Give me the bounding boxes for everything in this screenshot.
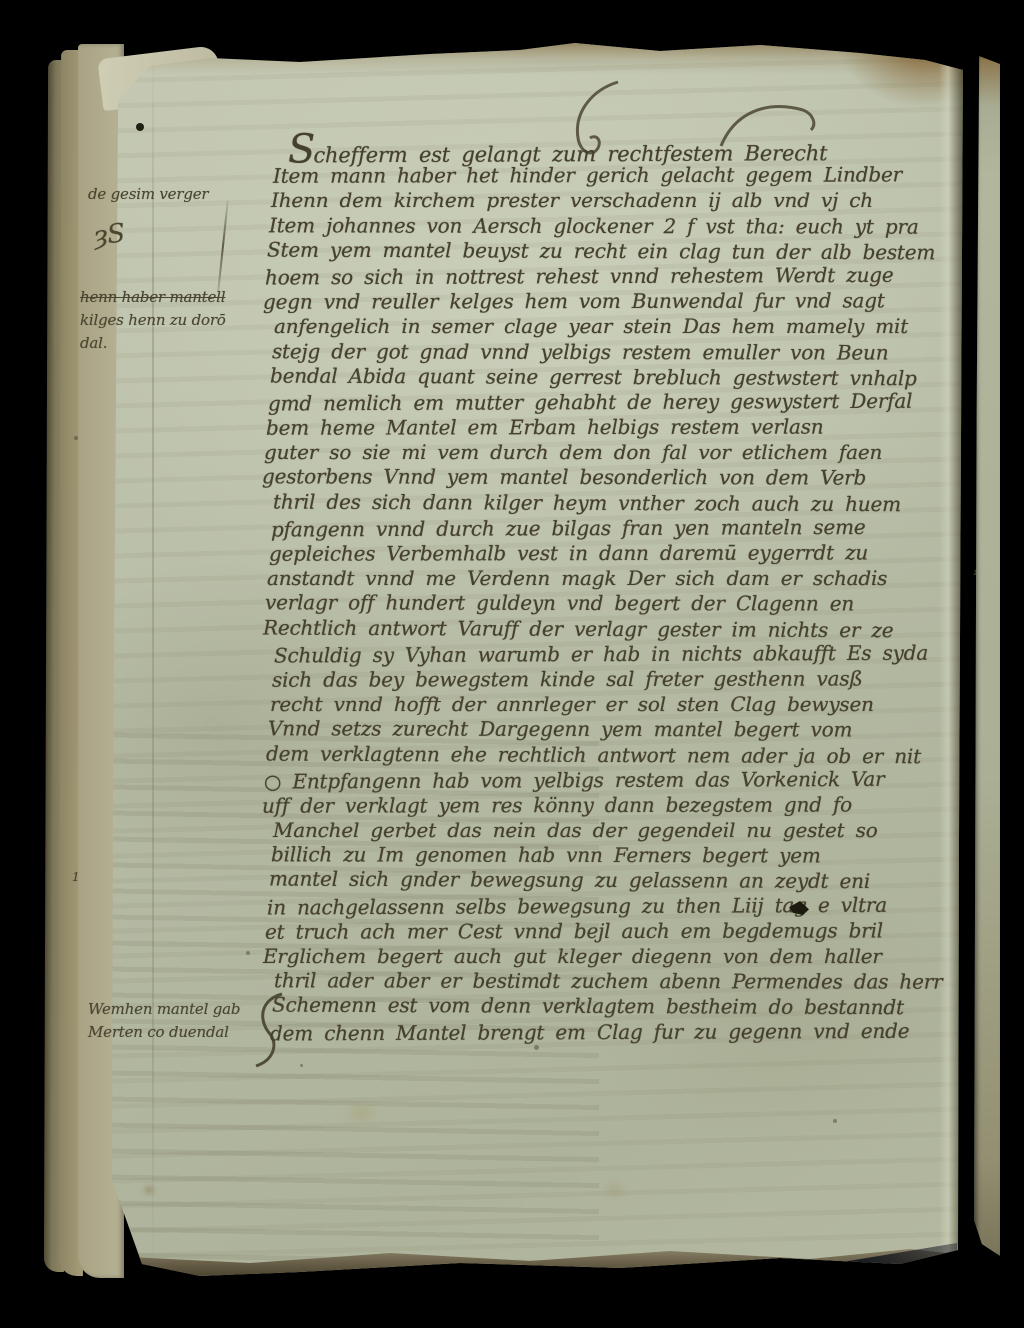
manuscript-line: Schemenn est vom denn verklagtem besthei…: [272, 993, 962, 1021]
manuscript-line: dem verklagtenn ehe rechtlich antwort ne…: [266, 741, 956, 769]
bottom-right-curl: [917, 1259, 965, 1279]
bottom-note-line: Merten co duendal: [88, 1021, 240, 1044]
margin-fold-line: [152, 40, 154, 1285]
manuscript-line: recht vnnd hofft der annrleger er sol st…: [270, 692, 960, 717]
bottom-note-line: Wemhen mantel gab: [88, 998, 240, 1021]
speck: [833, 1119, 837, 1123]
margin-paragraph-mark: ȝS: [93, 222, 126, 248]
manuscript-line: gestorbens Vnnd yem mantel besonderlich …: [262, 465, 952, 492]
struck-note-line: dal.: [80, 332, 226, 355]
manuscript-line: sich das bey bewegstem kinde sal freter …: [272, 666, 962, 693]
manuscript-line: in nachgelassenn selbs bewegsung zu then…: [267, 892, 957, 920]
manuscript-line: pfangenn vnnd durch zue bilgas fran yen …: [271, 514, 961, 542]
struck-note-line: henn haber mantell: [80, 286, 226, 309]
manuscript-line: Item mann haber het hinder gerich gelach…: [273, 162, 963, 189]
manuscript-line: uff der verklagt yem res könny dann beze…: [262, 792, 952, 819]
scanned-manuscript: Schefferm est gelangt zum rechtfestem Be…: [0, 0, 1024, 1328]
manuscript-line: guter so sie mi vem durch dem don fal vo…: [264, 440, 954, 465]
speck: [300, 1064, 303, 1067]
margin-note-top: de gesim verger: [88, 183, 208, 206]
speck: [534, 1045, 539, 1050]
next-page-edge-strip: [974, 56, 1000, 1256]
manuscript-line: Erglichem begert auch gut kleger diegenn…: [263, 944, 953, 969]
manuscript-line: anstandt vnnd me Verdenn magk Der sich d…: [267, 566, 957, 591]
margin-note-struck: henn haber mantell kilges henn zu dorō d…: [80, 286, 226, 355]
manuscript-line: bem heme Mantel em Erbam helbigs restem …: [266, 414, 956, 441]
manuscript-line: mantel sich gnder bewegsung zu gelassenn…: [269, 867, 959, 895]
manuscript-line: thril des sich dann kilger heym vnther z…: [273, 489, 963, 517]
manuscript-line: thril ader aber er bestimdt zuchem abenn…: [274, 968, 964, 995]
manuscript-line: Stem yem mantel beuyst zu recht ein clag…: [267, 237, 957, 265]
margin-note-bottom: Wemhen mantel gab Merten co duendal: [88, 998, 240, 1044]
manuscript-line: Item johannes von Aersch glockener 2 f v…: [269, 213, 959, 240]
manuscript-line: billich zu Im genomen hab vnn Ferners be…: [271, 843, 961, 870]
manuscript-line: Manchel gerbet das nein das der gegendei…: [273, 818, 963, 843]
manuscript-line: Schefferm est gelangt zum rechtfestem Be…: [288, 137, 978, 165]
manuscript-line: gmd nemlich em mutter gehabht de herey g…: [268, 388, 958, 416]
ink-dot: [136, 123, 144, 131]
manuscript-line: hoem so sich in nottrest rehest vnnd reh…: [265, 262, 955, 290]
manuscript-line: Vnnd setzs zurecht Dargegenn yem mantel …: [268, 717, 958, 744]
manuscript-line: verlagr off hundert guldeyn vnd begert d…: [265, 591, 955, 618]
manuscript-line: Ihenn dem kirchem prester verschadenn ij…: [271, 188, 961, 213]
manuscript-line: Rechtlich antwort Varuff der verlagr ges…: [263, 615, 953, 643]
manuscript-line: gepleiches Verbemhalb vest in dann darem…: [269, 540, 959, 567]
manuscript-line: stejg der got gnad vnnd yelbigs restem e…: [272, 339, 962, 366]
foxing-stain: [344, 1100, 378, 1126]
manuscript-line: bendal Abida quant seine gerrest brebluc…: [270, 363, 960, 391]
margin-side-mark: 1: [72, 866, 79, 889]
manuscript-line: Schuldig sy Vyhan warumb er hab in nicht…: [274, 640, 964, 668]
speck: [74, 436, 78, 440]
main-text-block: Schefferm est gelangt zum rechtfestem Be…: [268, 138, 958, 1045]
manuscript-line: et truch ach mer Cest vnnd bejl auch em …: [265, 918, 955, 945]
manuscript-line: dem chenn Mantel brengt em Clag fur zu g…: [270, 1018, 960, 1046]
manuscript-line: ○ Entpfangenn hab vom yelbigs restem das…: [264, 766, 954, 794]
speck: [246, 951, 250, 955]
foxing-stain: [142, 1184, 156, 1196]
struck-note-line: kilges henn zu dorō: [80, 309, 226, 332]
foxing-stain: [602, 1180, 628, 1200]
manuscript-line: anfengelich in semer clage year stein Da…: [274, 314, 964, 339]
manuscript-line: gegn vnd reuller kelges hem vom Bunwenda…: [263, 288, 953, 315]
